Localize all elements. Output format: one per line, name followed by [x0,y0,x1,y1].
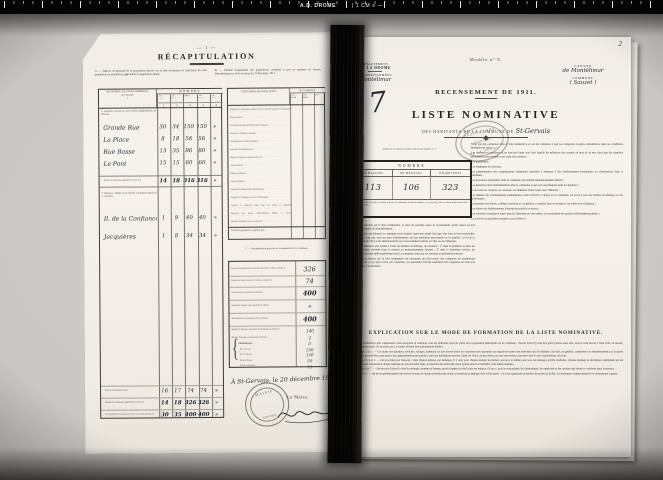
list-title: LISTE NOMINATIVE [341,109,631,121]
total-row: Total de la population éparse16177474» [101,385,223,397]
canton-value: de Montélimar [547,68,619,74]
paragraph: La liste nominative doit comprendre, san… [351,342,623,349]
recap-row: Population éparse (total du 1er tableau,… [229,275,325,287]
paragraph: Les personnes disponibles dans la commun… [471,179,623,183]
paragraph: Les détenus des établissements pénitenti… [471,194,623,201]
table-row: Le Pont15156060» [99,157,221,170]
left-page-title: RÉCAPITULATION [83,51,331,62]
commune-script: St-Gervais [516,127,550,135]
microfilm-ruler: A.D. DROME | 1 CM ≡ — [0,0,663,14]
table-quartiers: QUARTIERS, VILLAGES, HAMEAUX,rues du pay… [98,88,224,419]
title-rule [190,63,224,65]
divider [475,98,497,99]
divider [99,107,221,109]
section-c-box: Population agglomérée au chef-lieu (tota… [228,260,327,368]
paragraph: Les élèves des établissements d'instruct… [471,208,623,212]
results-values: 113106323 [354,177,470,199]
right-page: 2 Modèle n° 8. DÉPARTEMENT DE LA DROME A… [341,37,631,457]
paragraph: Cette liste nominative sera établie à l'… [349,245,475,256]
ruler-archive-label: A.D. DROME [300,3,336,9]
paragraph: Colonnes 1 et 2. — Les noms des quartier… [351,351,623,358]
table-row: Jacquières183434» [100,229,222,244]
explication-paragraphs: La liste nominative doit comprendre, san… [351,342,623,452]
intro-paragraph-b: B. — Tableau récapitulatif des populatio… [215,68,321,87]
ages-block: { Dont, d'après l'âge : Moins de 1 an0 D… [230,341,326,368]
book-spine [327,25,364,463]
paragraph: Les malades traités habituellement dans … [471,184,623,188]
results-nombre: NOMBRE [354,162,470,170]
left-instructions-column: Doivent être inscrits sur la liste nomin… [349,224,475,328]
right-folio: 2 [619,40,623,48]
table-row: Il. de la Confiance194040» [100,211,222,226]
recap-row: Population agglomérée au chef-lieu (tota… [229,263,325,276]
divider [228,104,324,106]
table-row: La Place8185656» [99,133,221,146]
subtotal-row: Total de la population agglomérée au che… [100,175,222,188]
paragraph: Ce ne sont pas compris, au contraire, le… [471,189,623,193]
left-folio: — 1 — [83,44,331,51]
paragraph: Colonnes 3, 4 et 5. — On procédera par m… [351,359,623,366]
left-page: — 1 — RÉCAPITULATION A. — Tableau récapi… [83,32,334,454]
age-row: 60 ans et au-dessus11 [240,364,328,370]
table-b-header: CATÉGORIES DE POPULATION [228,88,290,104]
paragraph: Les pensionnaires des congrégations reli… [471,170,623,177]
ruler-scale-label: | 1 CM ≡ — [352,3,383,9]
results-table: NOMBRE DE MAISONSDE MÉNAGESD'HABITANTS 1… [352,160,472,218]
paragraph: Doivent être inscrits sur la liste nomin… [349,224,475,231]
results-caption: D'après les résultats constatés dans l'é… [349,148,471,158]
canton-block: CANTON de Montélimar COMMUNE ( Sauzet ) [547,64,619,86]
paragraph: Les internes des lycées, collèges, pensi… [471,203,623,207]
recap-row: Total général de la population de la com… [229,312,325,326]
section-2-label: 2° Hameaux, villages, écarts formant la … [102,191,157,205]
results-note: S'il y avait lieu de rectifier le résult… [354,199,470,215]
table-categories: CATÉGORIES DE POPULATION NOMBRE sexe mas… [227,87,326,240]
right-instructions-column: N'ont pas été comprises dans la liste no… [471,143,623,325]
commune-value: ( Sauzet ) [547,80,619,86]
paragraph: Le total de la population comptée à part… [471,218,623,222]
table-b-footer: Total de la population comptée à part [229,226,325,239]
paragraph: Colonnes 6 et 7. — On inscrira d'abord l… [351,368,623,372]
ages-rows: Moins de 1 an0 De 1 à 20 ans150 De 21 à … [240,341,328,370]
mayor-label: Le Maire, [287,394,309,399]
paragraph: Colonne 11. — On devra généralement fair… [351,373,623,377]
intro-paragraph-a: A. — Tableau récapitulatif de la populat… [95,69,207,88]
section-c-title: C. — Récapitulation générale de la popul… [228,247,326,260]
results-columns: DE MAISONSDE MÉNAGESD'HABITANTS [354,170,470,177]
census-title: RECENSEMENT DE 1911. [341,89,631,96]
table-a-header: QUARTIERS, VILLAGES, HAMEAUX,rues du pay… [99,89,157,107]
table-b-columns: sexe masculin sexe féminin total [290,93,326,104]
recap-row: Population comptée à part (total du 2e t… [229,299,325,313]
total-row: Rappel de la population agglomérée au ch… [101,397,223,409]
section-1-label: 1° Quartiers, maisons ou rues formant l'… [101,109,156,119]
paragraph: 1° Les individus qui habitent la commune… [349,233,475,244]
place-date-line: À St-Gervais, le 20 décembre 1911. [231,374,339,386]
recap-row: Total formant la population municipale40… [229,286,325,300]
paragraph: Les équipages des bateaux ; [471,165,623,169]
paragraph: Les gendarmes ; [471,160,623,164]
paragraph: Les ouvriers et employés logés dans les … [471,213,623,217]
divider [368,71,382,72]
grand-total-row: Total général de la population inscrite … [101,409,223,420]
table-row: Grande Rue3034150150» [99,121,221,134]
explication-title: EXPLICATION SUR LE MODE DE FORMATION DE … [341,330,631,336]
table-row: Rue Basse13358680» [99,145,221,158]
paragraph: Ne doivent pas figurer sur la liste nomi… [349,257,475,268]
